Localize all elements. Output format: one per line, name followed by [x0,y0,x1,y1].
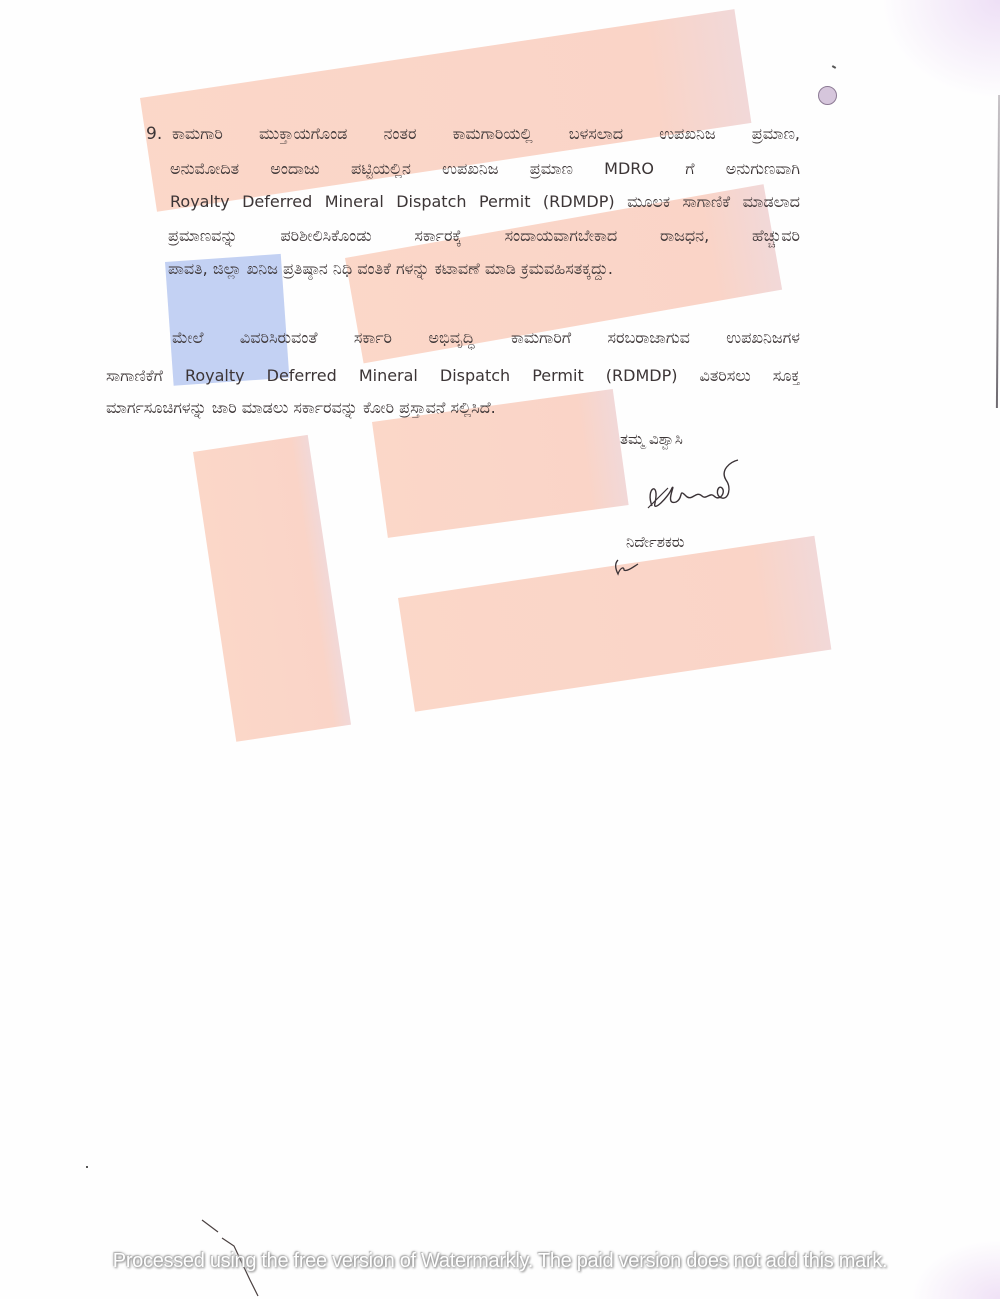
paragraph-line: ಅನುಮೋದಿತ ಅಂದಾಜು ಪಟ್ಟಿಯಲ್ಲಿನ ಉಪಖನಿಜ ಪ್ರಮಾ… [170,159,800,179]
paragraph-line: ಪ್ರಮಾಣವನ್ನು ಪರಿಶೀಲಿಸಿಕೊಂಡು ಸರ್ಕಾರಕ್ಕೆ ಸಂ… [168,226,800,246]
paragraph-line: ಪಾವತಿ, ಜಿಲ್ಲಾ ಖನಿಜ ಪ್ರತಿಷ್ಠಾನ ನಿಧಿ ವಂತಿಕ… [168,259,613,279]
closing-salutation: ತಮ್ಮ ವಿಶ್ವಾಸಿ [620,430,683,448]
paragraph-line: Royalty Deferred Mineral Dispatch Permit… [170,192,800,212]
initial-mark [612,558,642,576]
watermark: Processed using the free version of Wate… [0,1250,1000,1273]
paragraph-line: ಮಾರ್ಗಸೂಚಿಗಳನ್ನು ಜಾರಿ ಮಾಡಲು ಸರ್ಕಾರವನ್ನು ಕ… [106,398,496,418]
signature [640,458,740,518]
paragraph-number: 9. [146,124,162,144]
designation: ನಿರ್ದೇಶಕರು [626,533,684,551]
paragraph-line: ಸಾಗಾಣಿಕೆಗೆ Royalty Deferred Mineral Disp… [106,366,800,386]
document-body: 9. ಕಾಮಗಾರಿ ಮುಕ್ತಾಯಗೊಂಡ ನಂತರ ಕಾಮಗಾರಿಯಲ್ಲಿ… [0,0,1000,1299]
paragraph-line: ಮೇಲೆ ವಿವರಿಸಿರುವಂತೆ ಸರ್ಕಾರಿ ಅಭಿವೃದ್ಧಿ ಕಾಮ… [172,328,800,348]
paragraph-line: ಕಾಮಗಾರಿ ಮುಕ್ತಾಯಗೊಂಡ ನಂತರ ಕಾಮಗಾರಿಯಲ್ಲಿ ಬಳ… [172,124,800,144]
